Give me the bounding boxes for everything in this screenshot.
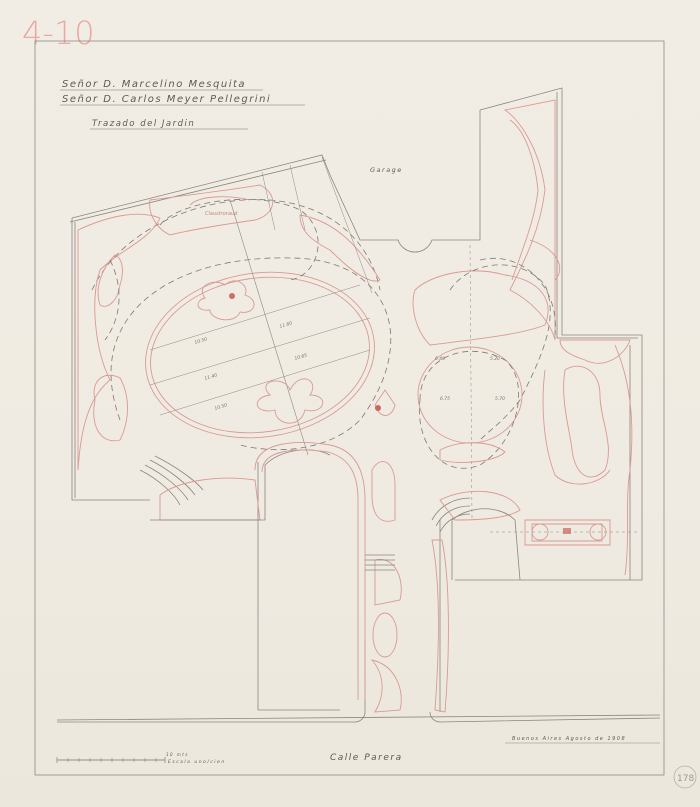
sheet-border	[35, 41, 664, 775]
property-boundary	[57, 88, 660, 722]
north-west-beds: Claustroraud	[78, 157, 380, 470]
owner-line-1: Señor D. Marcelino Mesquita	[62, 79, 246, 90]
svg-text:11.40: 11.40	[204, 372, 218, 382]
plan-subtitle: Trazado del Jardin	[92, 119, 195, 129]
svg-text:6.75: 6.75	[440, 396, 450, 402]
place-date: Buenos Aires Agosto de 1908	[512, 736, 626, 742]
title-block: Señor D. Marcelino Mesquita Señor D. Car…	[60, 79, 305, 129]
svg-text:10.50: 10.50	[194, 336, 208, 346]
owner-line-2: Señor D. Carlos Meyer Pellegrini	[62, 94, 271, 105]
svg-text:10.50: 10.50	[214, 402, 228, 412]
drawing-sheet: 4-10 Señor D. Marcelino Mesquita Señor D…	[0, 0, 700, 807]
scale-unit: 10 mts	[166, 752, 189, 757]
svg-text:11.60: 11.60	[279, 320, 293, 330]
svg-text:Claustroraud: Claustroraud	[205, 211, 238, 217]
svg-text:5.20: 5.20	[490, 356, 500, 362]
east-beds: 6.40 5.20 6.75 5.70	[413, 100, 640, 712]
svg-text:10.65: 10.65	[294, 352, 308, 362]
sheet-number: 178	[677, 774, 694, 784]
svg-text:5.70: 5.70	[495, 396, 505, 402]
svg-text:6.40: 6.40	[435, 356, 445, 362]
west-steps	[140, 450, 330, 520]
scale-bar: 10 mts Escala uno/cien	[57, 752, 226, 765]
garden-plan-drawing: 4-10 Señor D. Marcelino Mesquita Señor D…	[0, 0, 700, 807]
garage-label: Garage	[370, 166, 403, 174]
scale-caption: Escala uno/cien	[168, 759, 226, 765]
catalog-mark: 4-10	[22, 14, 95, 52]
central-driveway	[255, 390, 401, 712]
street-label: Calle Parera	[330, 753, 403, 763]
